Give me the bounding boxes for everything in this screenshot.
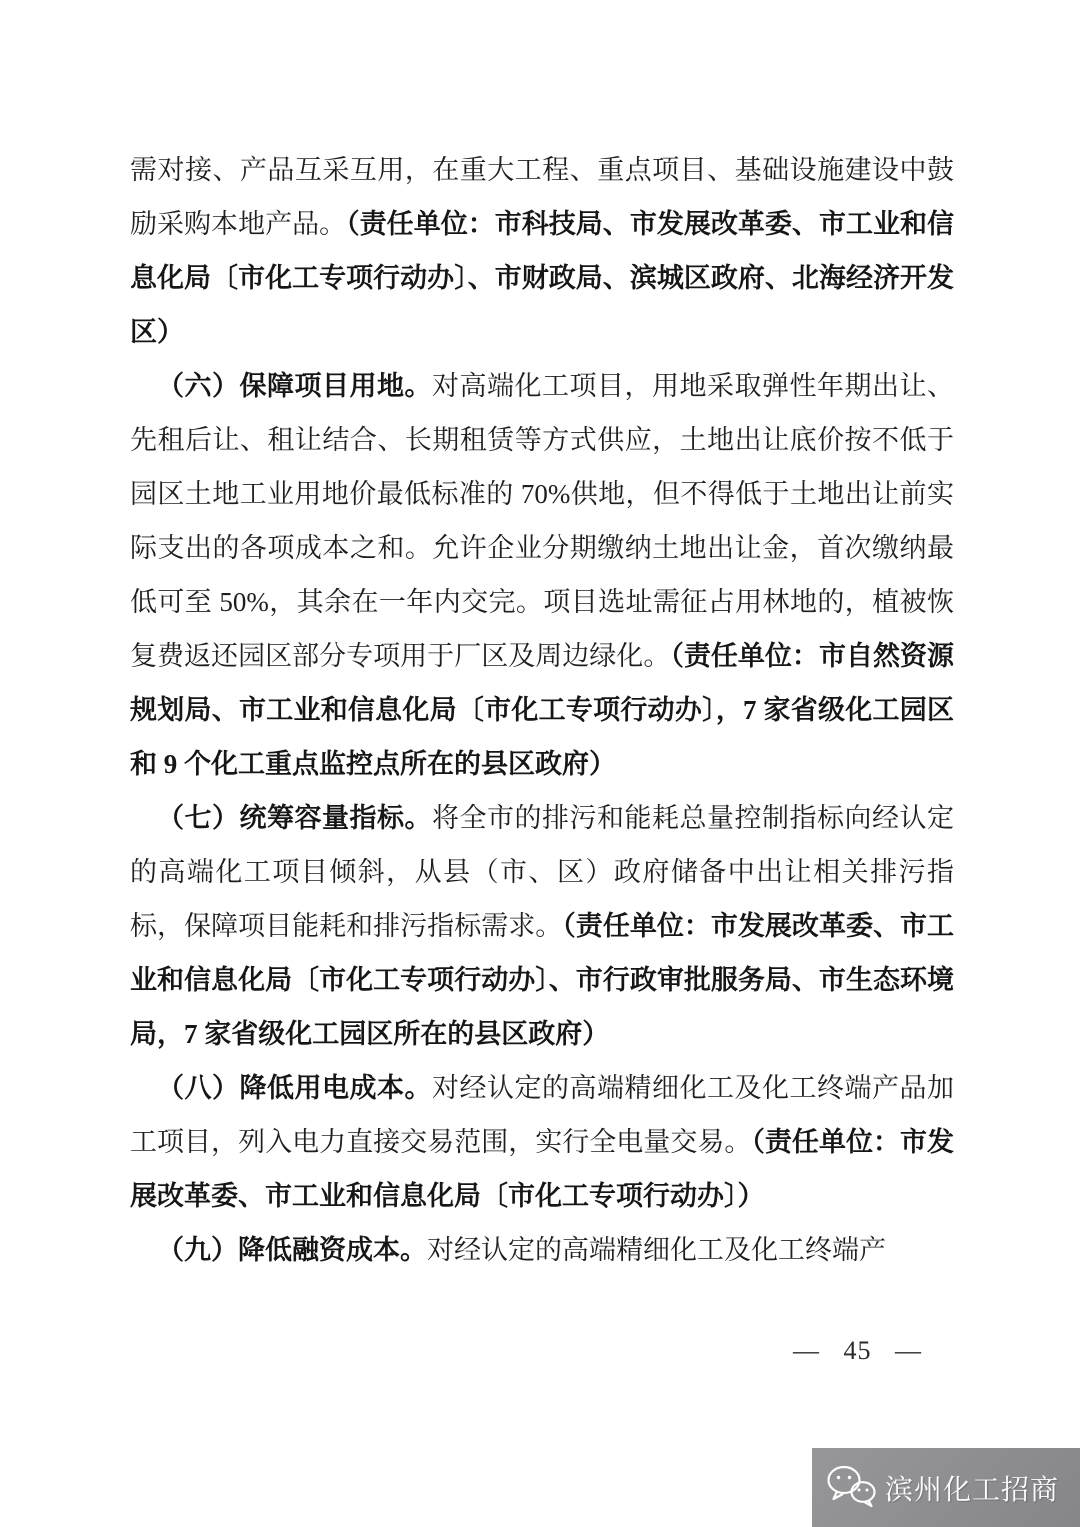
paragraph-item-9: （九）降低融资成本。对经认定的高端精细化工及化工终端产 [130, 1223, 954, 1277]
section-heading: （七）统筹容量指标。 [157, 803, 432, 833]
text-segment: 对经认定的高端精细化工及化工终端产 [427, 1235, 886, 1265]
page-number: — 45 — [793, 1336, 922, 1366]
paragraph-item-6: （六）保障项目用地。对高端化工项目，用地采取弹性年期出让、先租后让、租让结合、长… [130, 359, 954, 791]
paragraph-item-7: （七）统筹容量指标。将全市的排污和能耗总量控制指标向经认定的高端化工项目倾斜，从… [130, 791, 954, 1061]
paragraph-item-8: （八）降低用电成本。对经认定的高端精细化工及化工终端产品加工项目，列入电力直接交… [130, 1061, 954, 1223]
section-heading: （八）降低用电成本。 [157, 1073, 432, 1103]
section-heading: （九）降低融资成本。 [157, 1235, 427, 1265]
wechat-icon [826, 1465, 876, 1514]
text-segment: 对高端化工项目，用地采取弹性年期出让、先租后让、租让结合、长期租赁等方式供应，土… [130, 371, 954, 671]
watermark-label: 滨州化工招商 [885, 1468, 1059, 1508]
watermark-box: 滨州化工招商 [812, 1448, 1080, 1527]
document-body: 需对接、产品互采互用，在重大工程、重点项目、基础设施建设中鼓励采购本地产品。（责… [130, 143, 954, 1277]
section-heading: （六）保障项目用地。 [157, 371, 432, 401]
paragraph-continuation: 需对接、产品互采互用，在重大工程、重点项目、基础设施建设中鼓励采购本地产品。（责… [130, 143, 954, 359]
